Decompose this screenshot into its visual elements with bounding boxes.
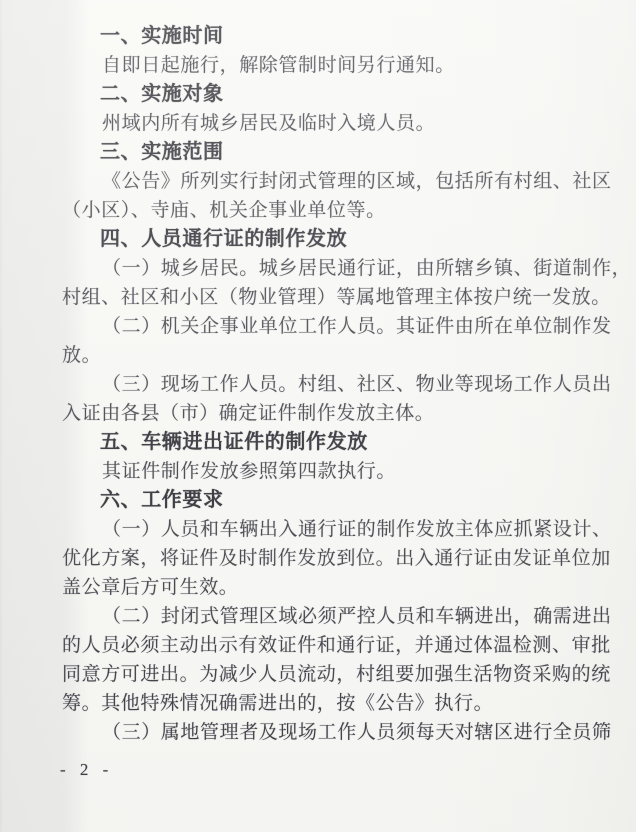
text-line: （一）城乡居民。城乡居民通行证，由所辖乡镇、街道制作， [62, 254, 618, 283]
section-heading: 一、实施时间 [62, 22, 618, 51]
section-heading: 四、人员通行证的制作发放 [62, 225, 618, 254]
text-line: 入证由各县（市）确定证件制作发放主体。 [62, 399, 618, 428]
page-number: - 2 - [60, 760, 113, 780]
text-line: 《公告》所列实行封闭式管理的区域，包括所有村组、社区 [62, 167, 618, 196]
text-line: 其证件制作发放参照第四款执行。 [62, 457, 618, 486]
text-line: （二）封闭式管理区域必须严控人员和车辆进出，确需进出 [62, 602, 618, 631]
section-heading: 六、工作要求 [62, 486, 618, 515]
text-line: 自即日起施行，解除管制时间另行通知。 [62, 51, 618, 80]
text-line: （三）属地管理者及现场工作人员须每天对辖区进行全员筛 [62, 718, 618, 747]
text-line: （一）人员和车辆出入通行证的制作发放主体应抓紧设计、 [62, 515, 618, 544]
text-line: 优化方案，将证件及时制作发放到位。出入通行证由发证单位加 [62, 544, 618, 573]
section-heading: 二、实施对象 [62, 80, 618, 109]
text-line: 村组、社区和小区（物业管理）等属地管理主体按户统一发放。 [62, 283, 618, 312]
text-line: 放。 [62, 341, 618, 370]
section-heading: 三、实施范围 [62, 138, 618, 167]
document-body: 一、实施时间 自即日起施行，解除管制时间另行通知。 二、实施对象 州域内所有城乡… [62, 22, 618, 747]
text-line: （二）机关企事业单位工作人员。其证件由所在单位制作发 [62, 312, 618, 341]
section-heading: 五、车辆进出证件的制作发放 [62, 428, 618, 457]
text-line: 州域内所有城乡居民及临时入境人员。 [62, 109, 618, 138]
text-line: （三）现场工作人员。村组、社区、物业等现场工作人员出 [62, 370, 618, 399]
text-line: 的人员必须主动出示有效证件和通行证，并通过体温检测、审批 [62, 631, 618, 660]
text-line: 筹。其他特殊情况确需进出的，按《公告》执行。 [62, 689, 618, 718]
document-page: 一、实施时间 自即日起施行，解除管制时间另行通知。 二、实施对象 州域内所有城乡… [0, 0, 636, 832]
text-line: （小区）、寺庙、机关企事业单位等。 [62, 196, 618, 225]
text-line: 盖公章后方可生效。 [62, 573, 618, 602]
text-line: 同意方可进出。为减少人员流动，村组要加强生活物资采购的统 [62, 660, 618, 689]
